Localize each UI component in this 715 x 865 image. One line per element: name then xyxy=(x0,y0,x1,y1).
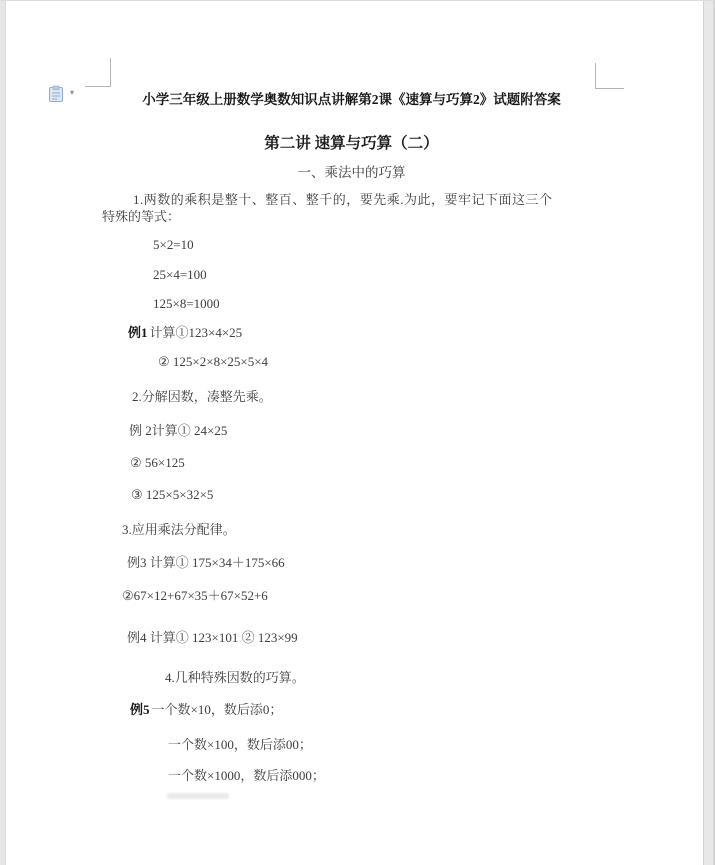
top-page-edge xyxy=(0,0,715,1)
equation-line: 25×4=100 xyxy=(153,267,207,282)
rule-line: 3.应用乘法分配律。 xyxy=(122,522,236,537)
equation-line: 5×2=10 xyxy=(153,237,194,252)
example-line: ③ 125×5×32×5 xyxy=(131,487,213,502)
example-line: 例1计算①123×4×25 xyxy=(128,325,242,340)
example-label: 例5 xyxy=(130,702,150,717)
paragraph-line: 1.两数的乘积是整十、整百、整千的，要先乘.为此，要牢记下面这三个 xyxy=(133,192,553,207)
example-line: 一个数×100，数后添00； xyxy=(168,737,312,752)
margin-corner-mark-top-left xyxy=(85,58,111,87)
faded-text-remnant xyxy=(167,793,229,799)
rule-line: 2.分解因数，凑整先乘。 xyxy=(132,389,272,404)
example-line: 一个数×1000，数后添000； xyxy=(168,768,325,783)
document-title: 小学三年级上册数学奥数知识点讲解第2课《速算与巧算2》试题附答案 xyxy=(0,88,703,108)
margin-corner-mark-top-right xyxy=(595,63,624,89)
example-line: 例 2计算① 24×25 xyxy=(129,423,227,438)
example-line: 例4 计算① 123×101 ② 123×99 xyxy=(127,630,298,645)
document-page: ▾ 小学三年级上册数学奥数知识点讲解第2课《速算与巧算2》试题附答案 第二讲 速… xyxy=(0,0,715,865)
example-line: ②67×12+67×35＋67×52+6 xyxy=(122,588,268,603)
example-line: 例3 计算① 175×34＋175×66 xyxy=(127,555,285,570)
right-page-edge xyxy=(703,0,715,865)
example-label: 例1 xyxy=(128,325,148,340)
left-page-edge xyxy=(0,0,6,865)
section-heading: 第二讲 速算与巧算（二） xyxy=(0,131,703,153)
subsection-heading: 一、乘法中的巧算 xyxy=(0,161,703,181)
rule-line: 4.几种特殊因数的巧算。 xyxy=(165,670,305,685)
paragraph-line: 特殊的等式： xyxy=(102,209,180,224)
example-line: ② 56×125 xyxy=(130,455,185,470)
equation-line: 125×8=1000 xyxy=(153,296,220,311)
example-line: ② 125×2×8×25×5×4 xyxy=(158,354,268,369)
example-line: 例5一个数×10，数后添0； xyxy=(130,702,282,717)
